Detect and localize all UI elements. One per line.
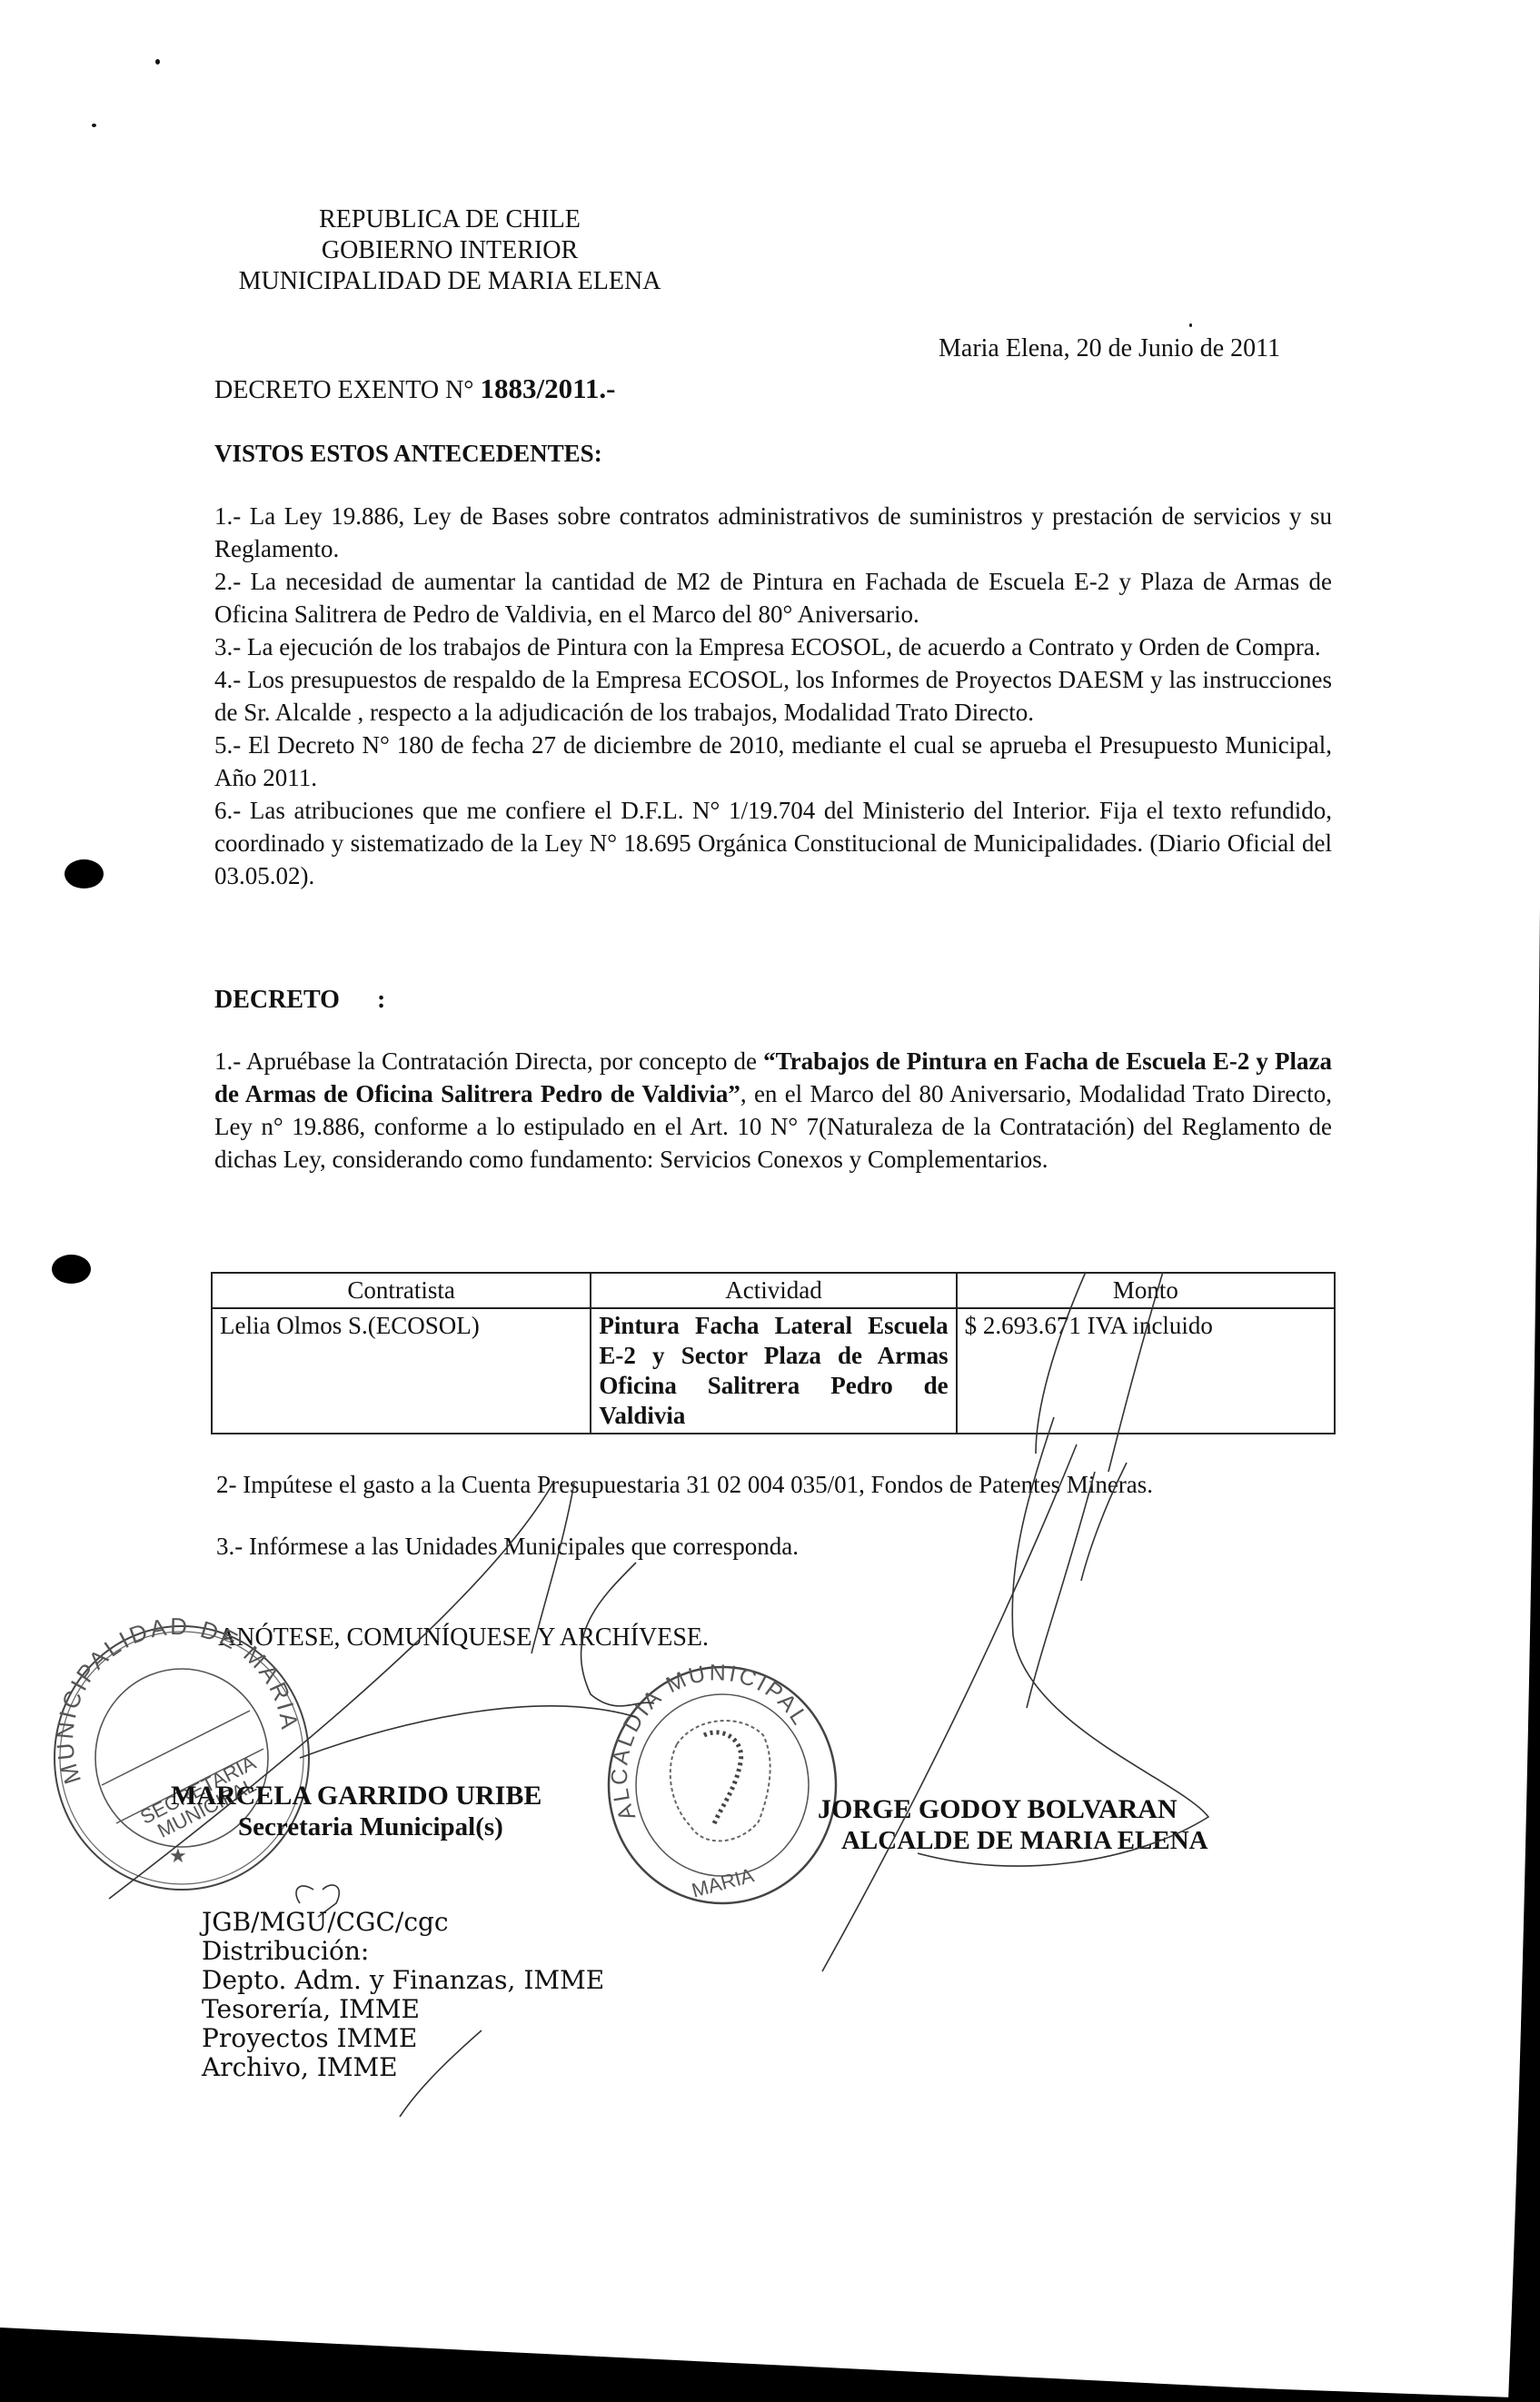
scan-border	[0, 0, 1540, 2402]
